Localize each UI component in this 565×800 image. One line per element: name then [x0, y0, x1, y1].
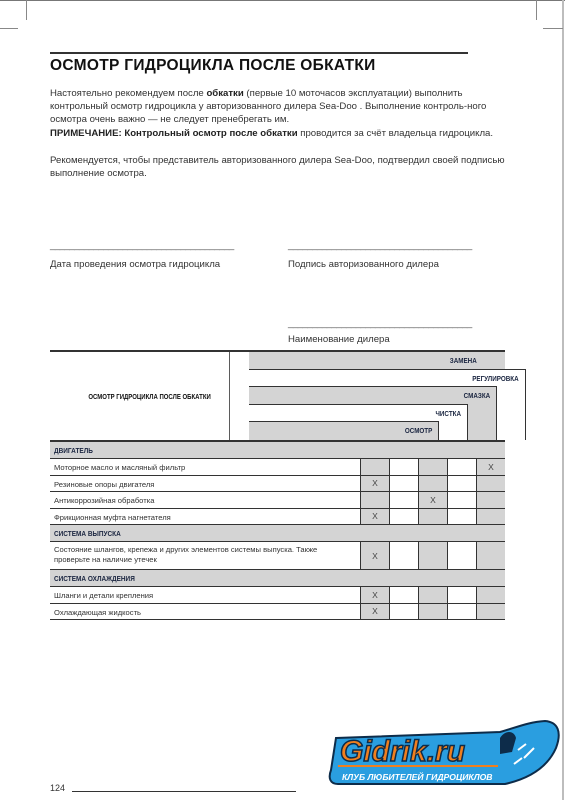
intro-paragraph: Настоятельно рекомендуем после обкатки (…: [50, 87, 510, 126]
mark-cell: [418, 459, 447, 475]
mark-cell: [447, 509, 476, 525]
table-row: Моторное масло и масляный фильтрX: [50, 459, 505, 476]
title-rule: [50, 52, 468, 54]
column-header-label: СМАЗКА: [463, 391, 490, 400]
section-label: СИСТЕМА ВЫПУСКА: [54, 529, 121, 538]
mark-cell: [476, 509, 505, 525]
dealer-name-label: Наименование дилера: [288, 334, 390, 345]
dealer-name-line: ______________________________________: [288, 318, 472, 329]
crop-mark: [26, 0, 27, 20]
section-label: ДВИГАТЕЛЬ: [54, 446, 93, 455]
section-row: ДВИГАТЕЛЬ: [50, 442, 505, 459]
svg-text:КЛУБ ЛЮБИТЕЛЕЙ ГИДРОЦИКЛОВ: КЛУБ ЛЮБИТЕЛЕЙ ГИДРОЦИКЛОВ: [342, 771, 493, 782]
table-row: Состояние шлангов, крепежа и других элем…: [50, 542, 505, 570]
table-row: Фрикционная муфта нагнетателяX: [50, 509, 505, 526]
mark-cell: [476, 542, 505, 569]
mark-cell: [360, 459, 389, 475]
table-body: ДВИГАТЕЛЬМоторное масло и масляный фильт…: [50, 442, 505, 620]
column-header-label: ОСМОТР: [405, 426, 432, 435]
page-top-border: [0, 0, 565, 1]
mark-cell: [360, 492, 389, 508]
column-header-label: РЕГУЛИРОВКА: [473, 374, 519, 383]
gidrik-logo: Gidrik.ru КЛУБ ЛЮБИТЕЛЕЙ ГИДРОЦИКЛОВ: [300, 718, 562, 788]
table-row: Антикоррозийная обработкаX: [50, 492, 505, 509]
mark-cell: [418, 542, 447, 569]
inspection-table: ОСМОТР ГИДРОЦИКЛА ПОСЛЕ ОБКАТКИ ЗАМЕНАРЕ…: [50, 350, 505, 620]
item-label: Моторное масло и масляный фильтр: [54, 463, 354, 473]
mark-cell: [476, 476, 505, 492]
mark-cell: [476, 587, 505, 603]
mark-cell: [389, 604, 418, 620]
dealer-signature-line: ______________________________________: [288, 240, 472, 251]
table-row: Резиновые опоры двигателяX: [50, 476, 505, 493]
item-label: Шланги и детали крепления: [54, 591, 354, 601]
item-label: Антикоррозийная обработка: [54, 496, 354, 506]
recommendation-paragraph: Рекомендуется, чтобы представитель автор…: [50, 154, 510, 180]
crop-mark: [0, 28, 18, 29]
svg-text:Gidrik.ru: Gidrik.ru: [340, 735, 465, 768]
column-header-label: ЧИСТКА: [435, 409, 461, 418]
page-title: ОСМОТР ГИДРОЦИКЛА ПОСЛЕ ОБКАТКИ: [50, 57, 376, 75]
mark-cell: X: [360, 542, 389, 569]
page-right-border: [562, 0, 564, 800]
mark-cell: [418, 587, 447, 603]
section-row: СИСТЕМА ОХЛАЖДЕНИЯ: [50, 570, 505, 587]
mark-cell: [389, 459, 418, 475]
mark-cell: X: [360, 604, 389, 620]
table-title: ОСМОТР ГИДРОЦИКЛА ПОСЛЕ ОБКАТКИ: [70, 352, 230, 440]
mark-cell: [389, 492, 418, 508]
section-row: СИСТЕМА ВЫПУСКА: [50, 525, 505, 542]
column-header-label: ЗАМЕНА: [450, 356, 477, 365]
mark-cell: [447, 492, 476, 508]
section-label: СИСТЕМА ОХЛАЖДЕНИЯ: [54, 574, 135, 583]
column-header-1: ОСМОТР: [249, 421, 439, 440]
mark-cell: X: [360, 476, 389, 492]
item-label: Фрикционная муфта нагнетателя: [54, 513, 354, 523]
mark-cell: [389, 509, 418, 525]
date-label: Дата проведения осмотра гидроцикла: [50, 259, 220, 270]
mark-cell: [389, 542, 418, 569]
crop-mark: [536, 0, 537, 20]
item-label: Охлаждающая жидкость: [54, 608, 354, 618]
mark-cell: [476, 492, 505, 508]
note-paragraph: ПРИМЕЧАНИЕ: Контрольный осмотр после обк…: [50, 127, 510, 140]
mark-cell: [447, 587, 476, 603]
mark-cell: [389, 587, 418, 603]
mark-cell: X: [476, 459, 505, 475]
mark-cell: [447, 459, 476, 475]
table-row: Охлаждающая жидкостьX: [50, 604, 505, 621]
mark-cell: [447, 542, 476, 569]
jetski-logo-icon: Gidrik.ru КЛУБ ЛЮБИТЕЛЕЙ ГИДРОЦИКЛОВ: [300, 718, 562, 788]
mark-cell: [418, 509, 447, 525]
table-header: ОСМОТР ГИДРОЦИКЛА ПОСЛЕ ОБКАТКИ ЗАМЕНАРЕ…: [50, 350, 505, 442]
crop-mark: [543, 28, 563, 29]
mark-cell: [476, 604, 505, 620]
mark-cell: [447, 476, 476, 492]
footer-rule: [72, 791, 296, 792]
date-line: ______________________________________: [50, 240, 234, 251]
mark-cell: [389, 476, 418, 492]
dealer-signature-label: Подпись авторизованного дилера: [288, 259, 439, 270]
mark-cell: [418, 476, 447, 492]
mark-cell: [418, 604, 447, 620]
mark-cell: [447, 604, 476, 620]
table-row: Шланги и детали крепленияX: [50, 587, 505, 604]
page-number: 124: [50, 783, 65, 793]
item-label: Состояние шлангов, крепежа и других элем…: [54, 545, 354, 565]
mark-cell: X: [418, 492, 447, 508]
mark-cell: X: [360, 509, 389, 525]
item-label: Резиновые опоры двигателя: [54, 480, 354, 490]
mark-cell: X: [360, 587, 389, 603]
